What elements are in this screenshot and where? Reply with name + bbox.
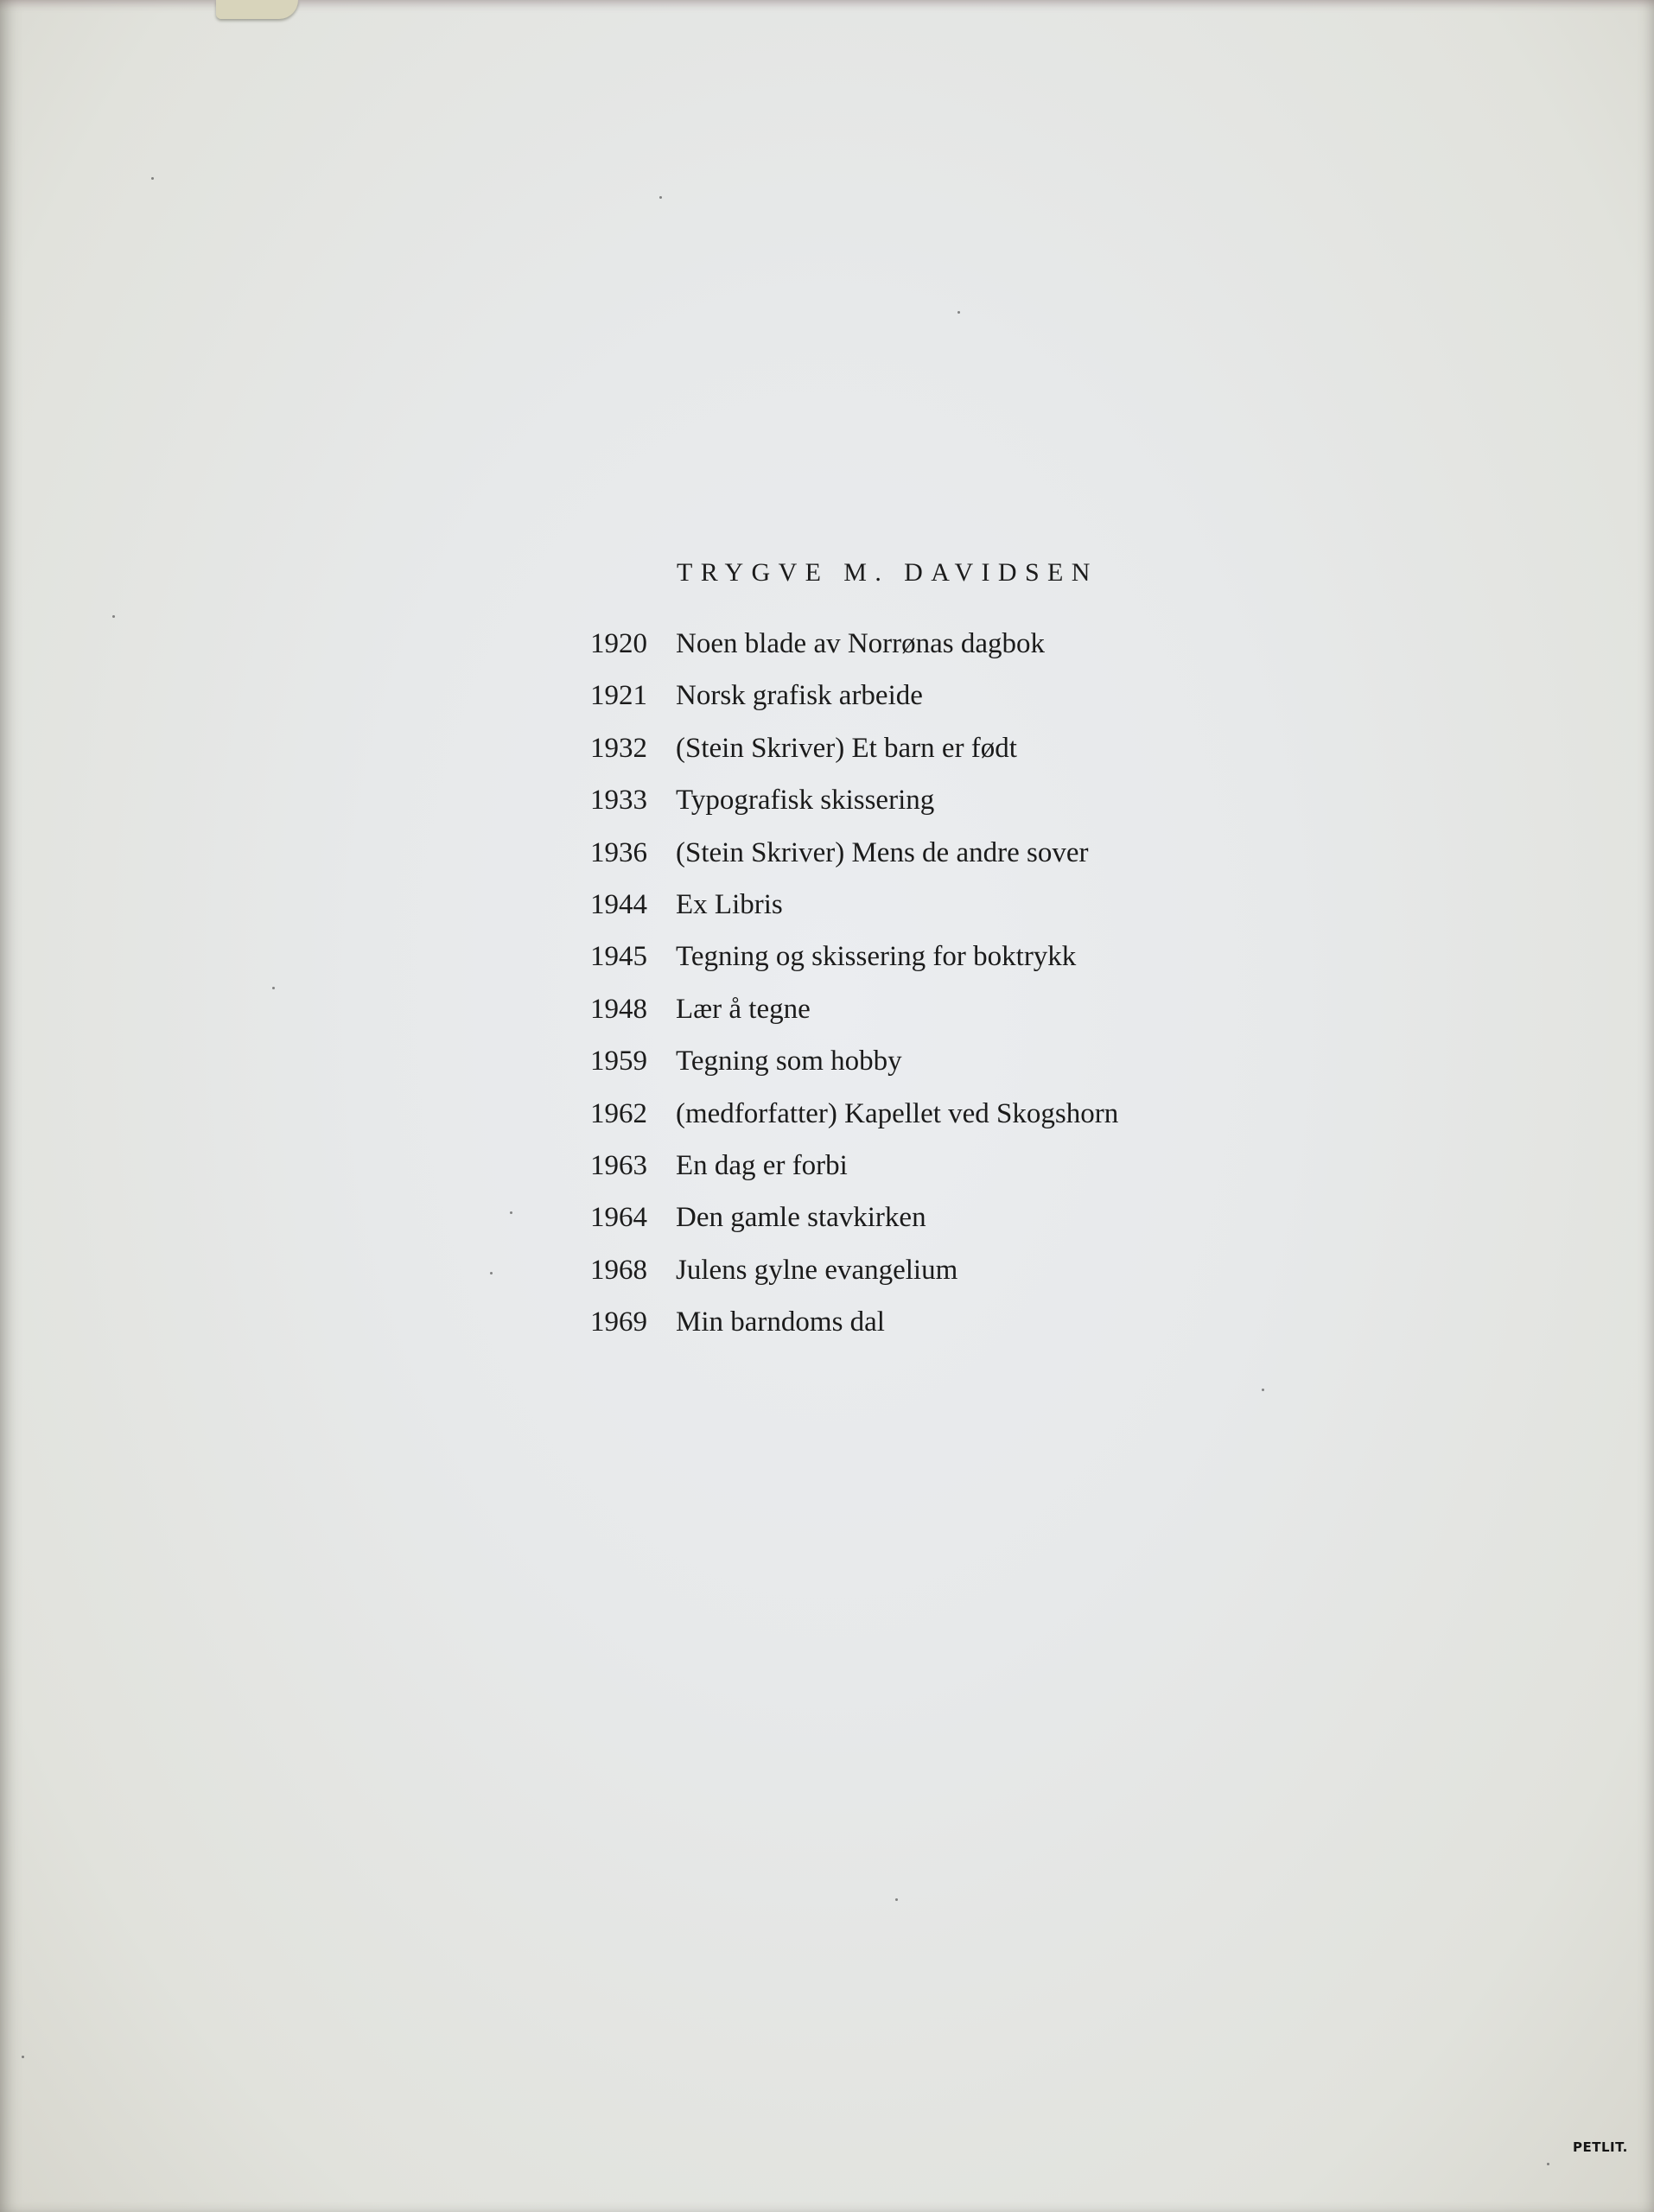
paper-speck (1547, 2163, 1549, 2165)
bibliography-entry: 1964 Den gamle stavkirken (590, 1202, 1118, 1254)
entry-title: (Stein Skriver) Et barn er født (676, 733, 1017, 765)
bibliography-entry: 1962 (medforfatter) Kapellet ved Skogsho… (590, 1098, 1118, 1150)
paper-speck (490, 1272, 493, 1274)
entry-year: 1968 (590, 1255, 676, 1287)
paper-speck (895, 1898, 898, 1901)
paper-speck (22, 2056, 24, 2058)
bibliography-entry: 1933 Typografisk skissering (590, 785, 1118, 836)
entry-title: Ex Libris (676, 889, 783, 921)
entry-year: 1959 (590, 1046, 676, 1077)
entry-year: 1962 (590, 1098, 676, 1130)
entry-year: 1933 (590, 785, 676, 817)
bibliography-entry: 1963 En dag er forbi (590, 1150, 1118, 1202)
entry-title: Lær å tegne (676, 994, 811, 1026)
entry-year: 1948 (590, 994, 676, 1026)
bibliography-entry: 1936 (Stein Skriver) Mens de andre sover (590, 837, 1118, 889)
entry-title: Typografisk skissering (676, 785, 934, 817)
paper-speck (112, 615, 115, 618)
paper-speck (272, 987, 275, 989)
entry-title: En dag er forbi (676, 1150, 848, 1182)
bibliography-entry: 1969 Min barndoms dal (590, 1306, 1118, 1358)
entry-title: Min barndoms dal (676, 1306, 885, 1338)
entry-title: Tegning og skissering for boktrykk (676, 941, 1076, 973)
paper-speck (957, 311, 960, 314)
paper-speck (151, 177, 154, 180)
entry-title: Noen blade av Norrønas dagbok (676, 628, 1045, 660)
bibliography-entry: 1921 Norsk grafisk arbeide (590, 680, 1118, 732)
bibliography-list: 1920 Noen blade av Norrønas dagbok 1921 … (590, 628, 1118, 1358)
entry-year: 1932 (590, 733, 676, 765)
bibliography-entry: 1944 Ex Libris (590, 889, 1118, 941)
torn-paper-edge (216, 0, 298, 19)
entry-year: 1921 (590, 680, 676, 712)
author-name-heading: TRYGVE M. DAVIDSEN (677, 558, 1098, 588)
bibliography-entry: 1968 Julens gylne evangelium (590, 1255, 1118, 1306)
paper-speck (510, 1211, 512, 1214)
bibliography-entry: 1932 (Stein Skriver) Et barn er født (590, 733, 1118, 785)
bibliography-entry: 1920 Noen blade av Norrønas dagbok (590, 628, 1118, 680)
entry-year: 1964 (590, 1202, 676, 1234)
entry-title: Tegning som hobby (676, 1046, 902, 1077)
paper-speck (1262, 1389, 1264, 1391)
entry-title: (medforfatter) Kapellet ved Skogshorn (676, 1098, 1118, 1130)
entry-year: 1936 (590, 837, 676, 869)
bibliography-entry: 1959 Tegning som hobby (590, 1046, 1118, 1097)
entry-year: 1963 (590, 1150, 676, 1182)
entry-title: Den gamle stavkirken (676, 1202, 926, 1234)
printer-mark: PETLIT. (1573, 2139, 1628, 2155)
entry-year: 1944 (590, 889, 676, 921)
entry-year: 1945 (590, 941, 676, 973)
entry-title: (Stein Skriver) Mens de andre sover (676, 837, 1088, 869)
bibliography-entry: 1945 Tegning og skissering for boktrykk (590, 941, 1118, 993)
book-back-cover: TRYGVE M. DAVIDSEN 1920 Noen blade av No… (0, 0, 1654, 2212)
bibliography-entry: 1948 Lær å tegne (590, 994, 1118, 1046)
entry-year: 1969 (590, 1306, 676, 1338)
entry-title: Julens gylne evangelium (676, 1255, 957, 1287)
entry-year: 1920 (590, 628, 676, 660)
paper-speck (659, 196, 662, 199)
entry-title: Norsk grafisk arbeide (676, 680, 923, 712)
